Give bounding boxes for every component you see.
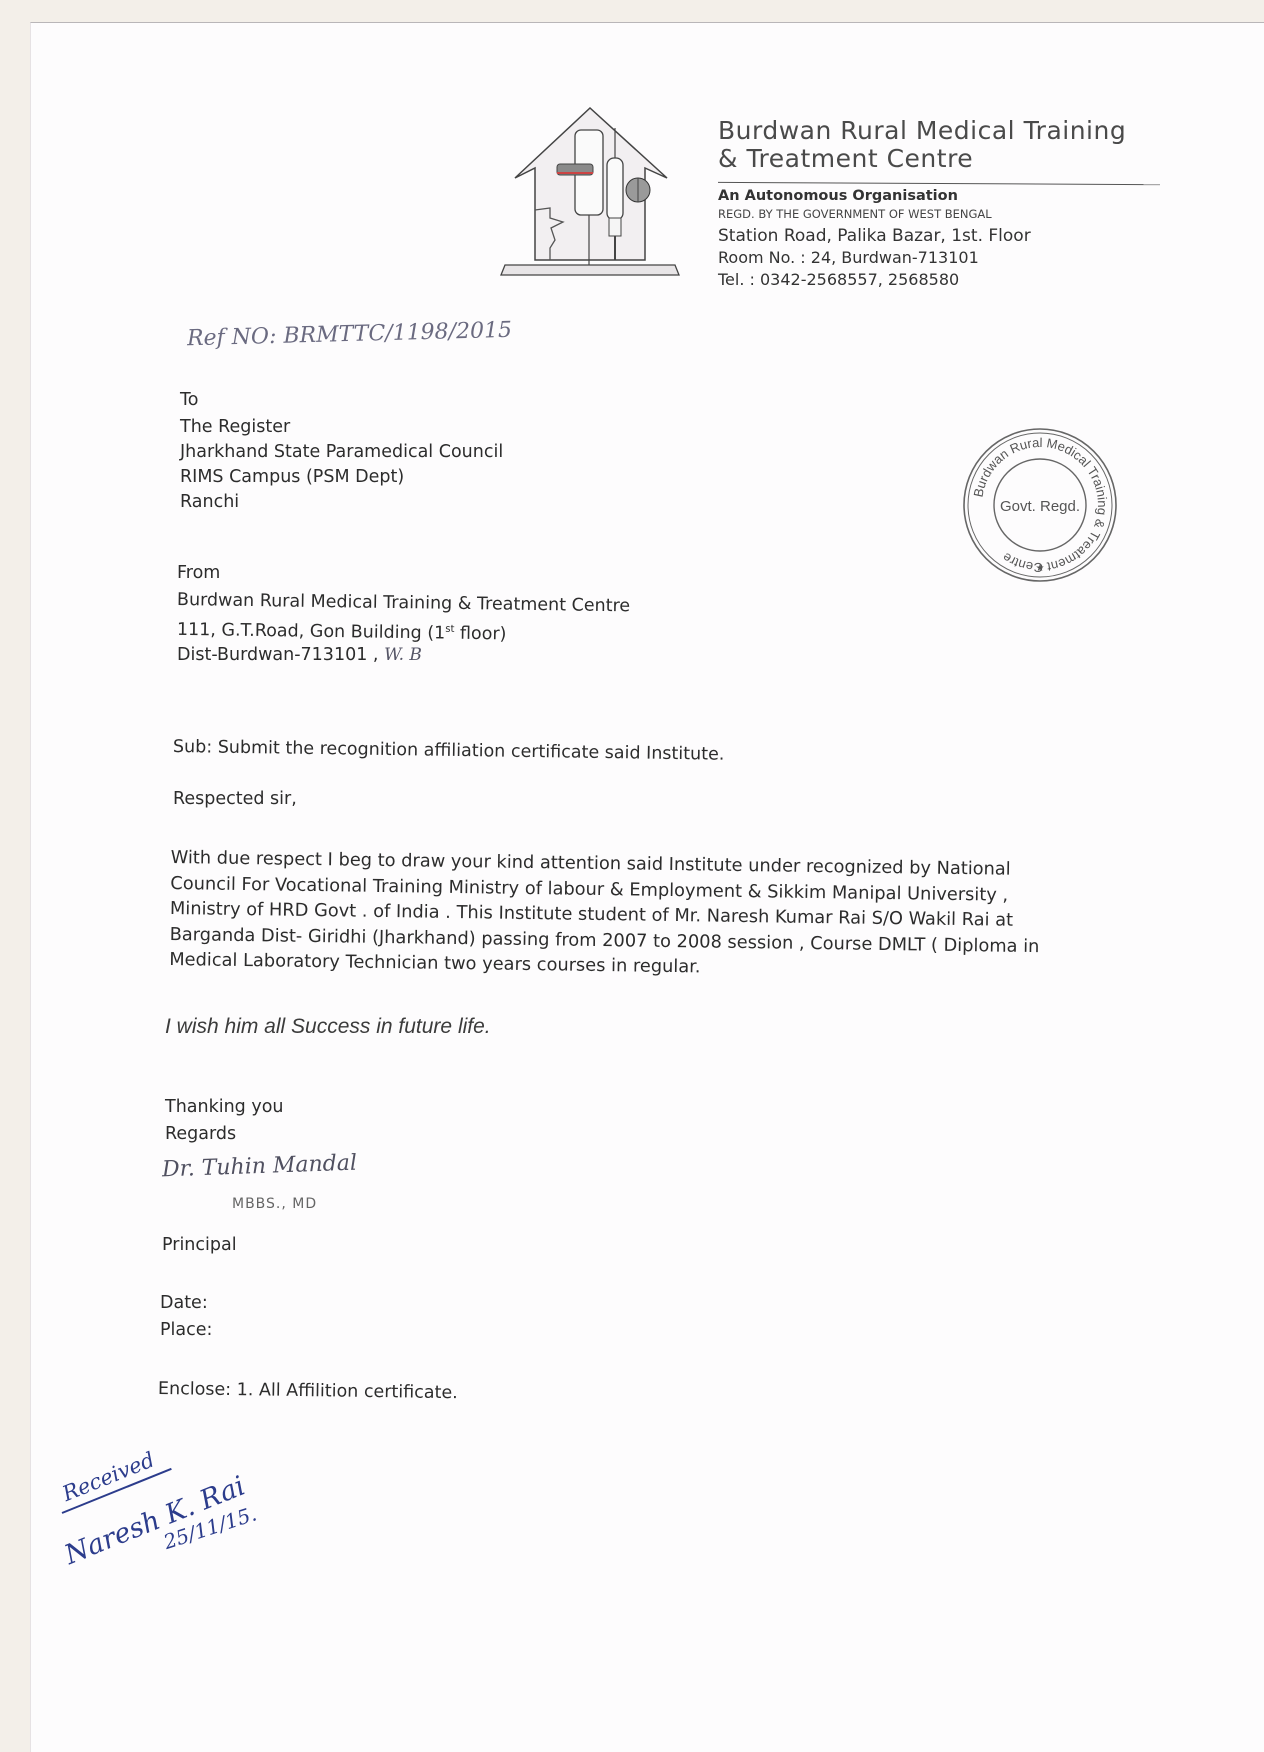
wish-line: I wish him all Success in future life. — [165, 1015, 491, 1039]
official-stamp: Burdwan Rural Medical Training & Treatme… — [960, 425, 1120, 585]
body-paragraph: With due respect I beg to draw your kind… — [169, 845, 1041, 985]
sender-label: From — [177, 561, 630, 586]
medical-arch-logo-icon — [495, 100, 685, 285]
principal-qualification: MBBS., MD — [232, 1196, 317, 1212]
salutation: Respected sir, — [173, 787, 297, 812]
org-name-line2: & Treatment Centre — [718, 145, 973, 173]
org-name-line1: Burdwan Rural Medical Training — [718, 117, 1126, 145]
enclosure-line: Enclose: 1. All Affilition certificate. — [158, 1377, 458, 1406]
org-tagline: An Autonomous Organisation — [718, 188, 958, 204]
closing-thanks: Thanking you — [165, 1095, 284, 1120]
org-phone: Tel. : 0342-2568557, 2568580 — [718, 270, 959, 289]
date-label: Date: — [160, 1291, 208, 1316]
recipient-line: Jharkhand State Paramedical Council — [180, 440, 503, 465]
sender-address: 111, G.T.Road, Gon Building (1st floor) — [177, 613, 631, 649]
sender-block: From Burdwan Rural Medical Training & Tr… — [177, 561, 630, 668]
recipient-line: The Register — [180, 415, 503, 440]
place-label: Place: — [160, 1318, 212, 1343]
recipient-line: RIMS Campus (PSM Dept) — [180, 465, 503, 490]
recipient-label: To — [180, 388, 503, 413]
stamp-center-text: Govt. Regd. — [1000, 498, 1080, 515]
star-icon: ★ — [1036, 563, 1045, 574]
org-address-line2: Room No. : 24, Burdwan-713101 — [718, 248, 979, 267]
principal-designation: Principal — [162, 1233, 237, 1258]
closing-regards: Regards — [165, 1122, 236, 1147]
org-registration: REGD. BY THE GOVERNMENT OF WEST BENGAL — [718, 207, 992, 221]
handwritten-state: W. B — [384, 645, 422, 665]
recipient-line: Ranchi — [180, 490, 503, 515]
org-address-line1: Station Road, Palika Bazar, 1st. Floor — [718, 226, 1031, 246]
recipient-block: To The Register Jharkhand State Paramedi… — [180, 388, 503, 515]
